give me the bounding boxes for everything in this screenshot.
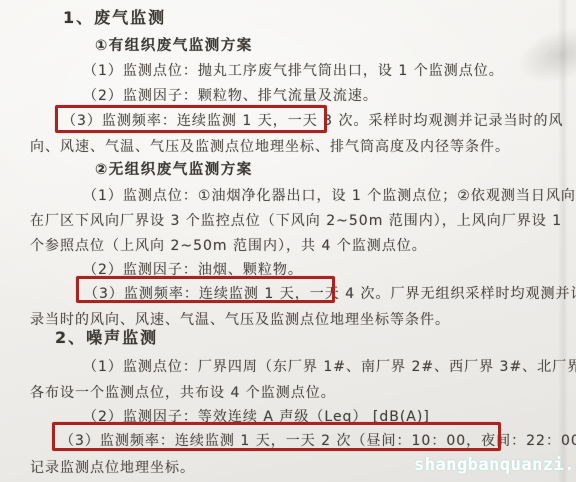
text-line: 向、风速、气温、气压及监测点位地理坐标、排气筒高度及内径等条件。	[30, 137, 510, 157]
text-line-highlighted-3: （3）监测频率：连续监测 1 天，一天 2 次（昼间：10：00，夜间：22：0…	[60, 431, 576, 451]
subsection-heading-unorganized: ②无组织废气监测方案	[95, 160, 253, 180]
section-heading-waste-gas: 1、废气监测	[63, 8, 166, 28]
text-line: 录当时的风向、风速、气温、气压及监测点位地理坐标等条件。	[30, 310, 450, 330]
paper-shadow	[510, 17, 576, 92]
text-line-highlighted-2: （3）监测频率：连续监测 1 天，一天 4 次。厂界无组织采样时均观测并记	[84, 284, 576, 304]
text-line-highlighted-1: （3）监测频率：连续监测 1 天，一天 3 次。采样时均观测并记录当时的风	[62, 111, 564, 131]
text-line: （2）监测因子：等效连续 A 声级（Leq） [dB(A)]	[83, 407, 430, 427]
text-line: 记录监测点位地理坐标。	[30, 458, 195, 478]
text-line: 个参照点位（上风向 2~50m 范围内），共 4 个监测点位。	[30, 236, 427, 256]
watermark-site-url: shangbanquanzi.com	[414, 455, 576, 475]
text-line: 在厂区下风向厂界设 3 个监控点位（下风向 2~50m 范围内），上风向厂界设 …	[30, 211, 562, 231]
text-line: （1）监测点位：①油烟净化器出口，设 1 个监测点位；②依观测当日风向	[83, 186, 576, 206]
text-line: 各布设一个监测点位，共布设 4 个监测点位。	[30, 383, 336, 403]
scanned-document-page: 1、废气监测 ①有组织废气监测方案 （1）监测点位：抛丸工序废气排气筒出口，设 …	[0, 0, 576, 482]
text-line: （2）监测因子：油烟、颗粒物。	[83, 260, 303, 280]
paper-crease	[558, 0, 568, 482]
section-heading-noise: 2、噪声监测	[55, 328, 158, 348]
subsection-heading-organized: ①有组织废气监测方案	[95, 36, 253, 56]
text-line: （1）监测点位：厂界四周（东厂界 1#、南厂界 2#、西厂界 3#、北厂界 4#…	[83, 357, 576, 377]
text-line: （2）监测因子：颗粒物、排气流量及流速。	[83, 86, 378, 106]
text-line: （1）监测点位：抛丸工序废气排气筒出口，设 1 个监测点位。	[83, 61, 504, 81]
